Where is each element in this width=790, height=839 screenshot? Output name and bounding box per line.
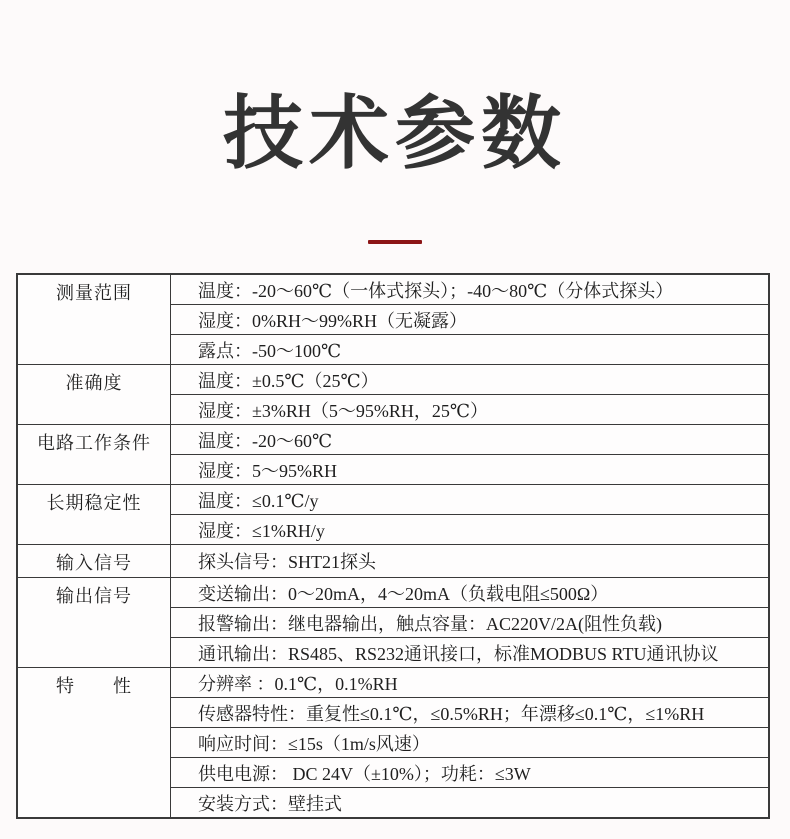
value-cell: 变送输出：0～20mA，4～20mA（负载电阻≤500Ω）: [171, 578, 770, 608]
spec-table: 测量范围温度：-20～60℃（一体式探头）；-40～80℃（分体式探头）湿度：0…: [16, 273, 770, 819]
value-cell: 通讯输出：RS485、RS232通讯接口，标准MODBUS RTU通讯协议: [171, 638, 770, 668]
value-cell: 响应时间：≤15s（1m/s风速）: [171, 728, 770, 758]
spec-page: 技术参数 测量范围温度：-20～60℃（一体式探头）；-40～80℃（分体式探头…: [0, 0, 790, 839]
table-row: 长期稳定性温度：≤0.1℃/y: [17, 485, 769, 515]
value-cell: 温度：±0.5℃（25℃）: [171, 365, 770, 395]
value-cell: 湿度：≤1%RH/y: [171, 515, 770, 545]
value-cell: 湿度：0%RH～99%RH（无凝露）: [171, 305, 770, 335]
table-row: 电路工作条件温度：-20～60℃: [17, 425, 769, 455]
table-row: 准确度温度：±0.5℃（25℃）: [17, 365, 769, 395]
table-row: 特 性分辨率 ：0.1℃，0.1%RH: [17, 668, 769, 698]
title-underline-accent: [368, 240, 422, 244]
value-cell: 温度：≤0.1℃/y: [171, 485, 770, 515]
category-cell: 准确度: [17, 365, 171, 425]
spec-table-body: 测量范围温度：-20～60℃（一体式探头）；-40～80℃（分体式探头）湿度：0…: [17, 274, 769, 818]
value-cell: 温度：-20～60℃: [171, 425, 770, 455]
category-cell: 电路工作条件: [17, 425, 171, 485]
value-cell: 分辨率 ：0.1℃，0.1%RH: [171, 668, 770, 698]
value-cell: 温度：-20～60℃（一体式探头）；-40～80℃（分体式探头）: [171, 274, 770, 305]
table-row: 输入信号探头信号：SHT21探头: [17, 545, 769, 578]
table-row: 输出信号变送输出：0～20mA，4～20mA（负载电阻≤500Ω）: [17, 578, 769, 608]
category-cell: 测量范围: [17, 274, 171, 365]
value-cell: 供电电源： DC 24V（±10%）；功耗：≤3W: [171, 758, 770, 788]
page-title: 技术参数: [0, 0, 790, 180]
value-cell: 露点：-50～100℃: [171, 335, 770, 365]
category-cell: 输入信号: [17, 545, 171, 578]
category-cell: 长期稳定性: [17, 485, 171, 545]
value-cell: 湿度：5～95%RH: [171, 455, 770, 485]
category-cell: 特 性: [17, 668, 171, 819]
value-cell: 报警输出：继电器输出，触点容量：AC220V/2A(阻性负载): [171, 608, 770, 638]
value-cell: 探头信号：SHT21探头: [171, 545, 770, 578]
category-cell: 输出信号: [17, 578, 171, 668]
value-cell: 传感器特性：重复性≤0.1℃，≤0.5%RH；年漂移≤0.1℃，≤1%RH: [171, 698, 770, 728]
value-cell: 湿度：±3%RH（5～95%RH，25℃）: [171, 395, 770, 425]
table-row: 测量范围温度：-20～60℃（一体式探头）；-40～80℃（分体式探头）: [17, 274, 769, 305]
value-cell: 安装方式：壁挂式: [171, 788, 770, 819]
